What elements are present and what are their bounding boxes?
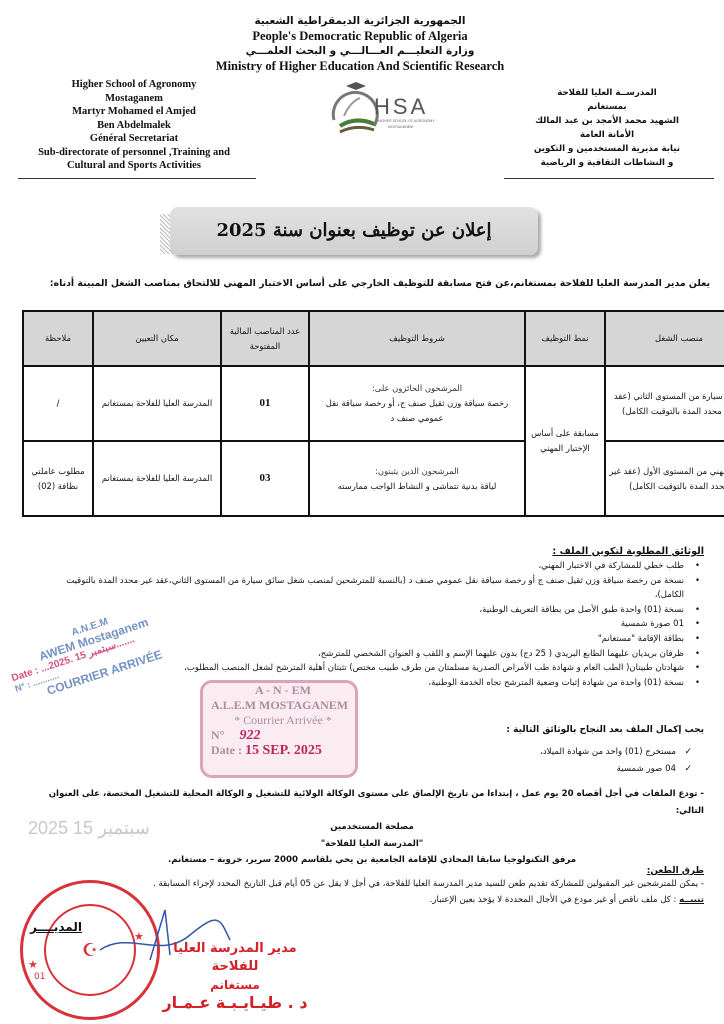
deposit-deadline: - تودع الملفات في أجل أقصاه 20 يوم عمل ،… [40, 786, 704, 819]
appeal-text: - يمكن للمترشحين غير المقبولين للمشاركة … [40, 876, 704, 892]
required-documents-title: الوثائق المطلوبة لتكوين الملف : [40, 546, 704, 557]
row-place: المدرسة العليا للفلاحة بمستغانم [93, 366, 221, 441]
martyr-name-2: Ben Abdelmalek [18, 119, 250, 133]
conditions-head: المرشحون الذين يثبتون: [313, 464, 521, 479]
school-name-ar: المدرســة العليا للفلاحة [502, 86, 712, 100]
conditions-body: رخصة سياقة وزن ثقيل صنف ج، أو رخصة سياقة… [326, 398, 508, 423]
notice-text: : كل ملف ناقص أو غير مودع في الأجال المح… [430, 895, 680, 905]
alem-received-stamp: A - N - EM A.L.E.M MOSTAGANEM * Courrier… [200, 680, 358, 778]
ministry-arabic: وزارة التعليـــم العـــالـــي و البحث ال… [190, 44, 530, 58]
subdirectorate-ar-2: و النشاطات الثقافية و الرياضية [502, 156, 712, 170]
after-success-title: يجب إكمال الملف بعد النجاح بالوثائق التا… [360, 722, 704, 738]
header-mode: نمط التوظيف [525, 311, 605, 366]
header-left-english: Higher School of Agronomy Mostaganem Mar… [18, 78, 250, 173]
director-signature-block: مدير المدرسة العليا للفلاحة مستغانم د . … [150, 940, 320, 1012]
box-stamp-date-row: Date : 15 SEP. 2025 [203, 743, 355, 758]
after-success-section: يجب إكمال الملف بعد النجاح بالوثائق التا… [360, 722, 704, 778]
header-note: ملاحظة [23, 311, 93, 366]
header-center: الجمهورية الجزائرية الديمقراطية الشعبية … [190, 14, 530, 74]
announcement-title: إعلان عن توظيف بعنوان سنة 2025 [216, 220, 491, 241]
school-city-ar: بمستغانم [502, 100, 712, 114]
secretariat-ar: الأمانة العامة [502, 128, 712, 142]
row-note: مطلوب عاملتي نظافة (02) [23, 441, 93, 516]
list-item: نسخة من رخصة سياقة وزن ثقيل صنف ج أو رخص… [40, 574, 704, 603]
header-conditions: شروط التوظيف [309, 311, 525, 366]
director-name: د . طيـايـبـة عـمـار [150, 994, 320, 1012]
republic-arabic: الجمهورية الجزائرية الديمقراطية الشعبية [190, 14, 530, 28]
row-count: 01 [221, 366, 309, 441]
row-count: 03 [221, 441, 309, 516]
conditions-head: المرشحون الحائزون على: [313, 381, 521, 396]
svg-text:MOSTAGANEM: MOSTAGANEM [388, 125, 413, 129]
box-stamp-line3: * Courrier Arrivée * [203, 713, 355, 728]
header-count: عدد المناصب المالية المفتوحة [221, 311, 309, 366]
box-stamp-number-row: N° 922 [203, 728, 355, 743]
school-city: Mostaganem [18, 92, 250, 106]
row-conditions: المرشحون الحائزون على: رخصة سياقة وزن ثق… [309, 366, 525, 441]
wheat-emblem-icon: HSA HIGHER SCHOOL OF AGRONOMY MOSTAGANEM [316, 80, 446, 150]
appeal-title: طرق الطعن: [40, 866, 704, 876]
subdirectorate-ar-1: نيابة مديرية المستخدمين و التكوين [502, 142, 712, 156]
director-position: مدير المدرسة العليا للفلاحة [150, 940, 320, 976]
box-stamp-date: 15 SEP. 2025 [245, 743, 322, 758]
svg-text:HSA: HSA [374, 94, 428, 119]
subdirectorate-1: Sub-directorate of personnel ,Training a… [18, 146, 250, 160]
director-title: المديــــر [16, 920, 96, 934]
row-conditions: المرشحون الذين يثبتون: لياقة بدنية تتماش… [309, 441, 525, 516]
header-divider-left [18, 178, 256, 179]
header-divider-right [504, 178, 714, 179]
title-banner: إعلان عن توظيف بعنوان سنة 2025 [170, 207, 538, 255]
row-place: المدرسة العليا للفلاحة بمستغانم [93, 441, 221, 516]
header-place: مكان التعيين [93, 311, 221, 366]
svg-text:HIGHER SCHOOL OF AGRONOMY: HIGHER SCHOOL OF AGRONOMY [378, 119, 435, 123]
table-header-row: ملاحظة مكان التعيين عدد المناصب المالية … [23, 311, 724, 366]
republic-english: People's Democratic Republic of Algeria [190, 28, 530, 44]
box-stamp-line2: A.L.E.M MOSTAGANEM [203, 698, 355, 713]
table-row: مطلوب عاملتي نظافة (02) المدرسة العليا ل… [23, 441, 724, 516]
box-stamp-line1: A - N - EM [203, 683, 355, 698]
header-right-arabic: المدرســة العليا للفلاحة بمستغانم الشهيد… [502, 86, 712, 170]
row-mode-shared: مسابقة على أساس الإختبار المهني [525, 366, 605, 516]
header-position: منصب الشغل [605, 311, 724, 366]
box-stamp-date-label: Date : [211, 743, 242, 757]
box-stamp-number-label: N° [211, 728, 224, 742]
martyr-name-ar: الشهيد محمد الأمجد بن عبد المالك [502, 114, 712, 128]
table-row: / المدرسة العليا للفلاحة بمستغانم 01 الم… [23, 366, 724, 441]
positions-table: ملاحظة مكان التعيين عدد المناصب المالية … [22, 310, 724, 517]
subdirectorate-2: Cultural and Sports Activities [18, 159, 250, 173]
row-position: عامل مهني من المستوى الأول (عقد غير محدد… [605, 441, 724, 516]
row-note: / [23, 366, 93, 441]
seal-number: 01 [34, 972, 45, 982]
row-position: سائق سيارة من المستوى الثاني (عقد غير مح… [605, 366, 724, 441]
faint-date-stamp: 2025 سبتمبر 15 [28, 818, 150, 839]
director-city: مستغانم [150, 976, 320, 994]
list-item: مستخرج (01) واحد من شهادة الميلاد، [360, 744, 694, 761]
ministry-english: Ministry of Higher Education And Scienti… [190, 58, 530, 74]
announcement-intro: يعلن مدير المدرسة العليا للفلاحة بمستغان… [40, 278, 710, 289]
list-item: طلب خطي للمشاركة في الاختبار المهني، [40, 559, 704, 574]
notice-label: تنبيــه [679, 895, 704, 905]
seal-star-icon: ★ [28, 958, 38, 971]
list-item: 04 صور شمسية [360, 761, 694, 778]
martyr-name-1: Martyr Mohamed el Amjed [18, 105, 250, 119]
hsa-logo: HSA HIGHER SCHOOL OF AGRONOMY MOSTAGANEM [316, 80, 446, 150]
box-stamp-number: 922 [239, 728, 260, 743]
secretariat: Général Secretariat [18, 132, 250, 146]
conditions-body: لياقة بدنية تتماشى و النشاط الواجب ممارس… [338, 481, 497, 491]
after-success-list: مستخرج (01) واحد من شهادة الميلاد، 04 صو… [360, 744, 704, 778]
school-name: Higher School of Agronomy [18, 78, 250, 92]
